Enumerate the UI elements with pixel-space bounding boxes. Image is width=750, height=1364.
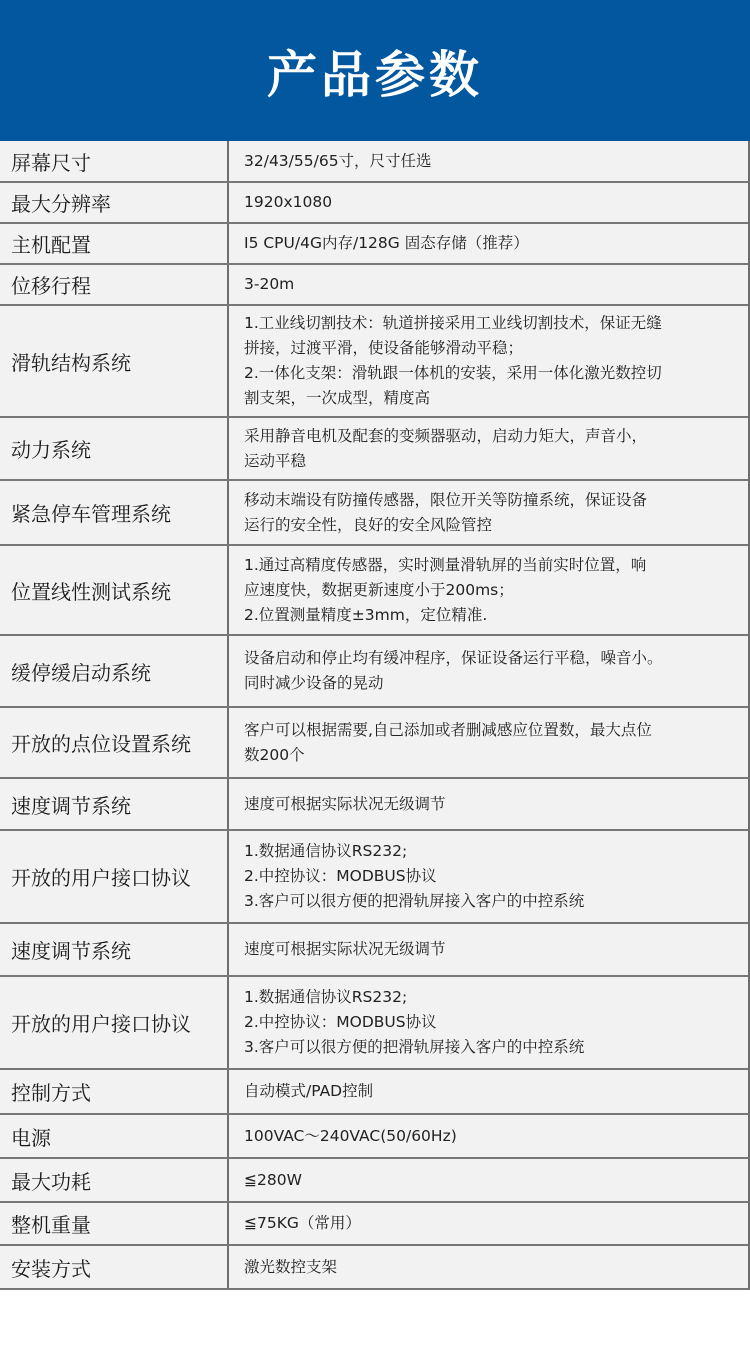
spec-row: 速度调节系统速度可根据实际状况无级调节 (0, 924, 748, 977)
spec-value-line: 激光数控支架 (244, 1255, 742, 1280)
spec-row: 紧急停车管理系统移动末端设有防撞传感器，限位开关等防撞系统，保证设备运行的安全性… (0, 481, 748, 546)
spec-row: 动力系统采用静音电机及配套的变频器驱动，启动力矩大，声音小，运动平稳 (0, 418, 748, 481)
spec-value-line: 1920x1080 (244, 190, 742, 215)
spec-row: 整机重量≦75KG（常用） (0, 1203, 748, 1246)
spec-value: 移动末端设有防撞传感器，限位开关等防撞系统，保证设备运行的安全性，良好的安全风险… (229, 481, 748, 544)
spec-value-line: 设备启动和停止均有缓冲程序，保证设备运行平稳，噪音小。 (244, 646, 742, 671)
spec-label: 最大功耗 (0, 1159, 229, 1201)
spec-label: 开放的用户接口协议 (0, 977, 229, 1068)
spec-value-line: 客户可以根据需要,自己添加或者删减感应位置数，最大点位 (244, 718, 742, 743)
spec-value: I5 CPU/4G内存/128G 固态存储（推荐） (229, 224, 748, 263)
spec-table: 屏幕尺寸32/43/55/65寸，尺寸任选最大分辨率1920x1080主机配置I… (0, 141, 750, 1290)
spec-value-line: ≦280W (244, 1168, 742, 1193)
spec-value-line: 割支架，一次成型，精度高 (244, 386, 742, 411)
spec-value-line: 100VAC～240VAC(50/60Hz) (244, 1124, 742, 1149)
spec-row: 开放的用户接口协议1.数据通信协议RS232;2.中控协议：MODBUS协议3.… (0, 831, 748, 924)
spec-label: 整机重量 (0, 1203, 229, 1244)
spec-value-line: I5 CPU/4G内存/128G 固态存储（推荐） (244, 231, 742, 256)
spec-value: 自动模式/PAD控制 (229, 1070, 748, 1113)
spec-value: 采用静音电机及配套的变频器驱动，启动力矩大，声音小，运动平稳 (229, 418, 748, 479)
spec-label: 紧急停车管理系统 (0, 481, 229, 544)
spec-row: 控制方式自动模式/PAD控制 (0, 1070, 748, 1115)
spec-value: 32/43/55/65寸，尺寸任选 (229, 141, 748, 181)
spec-label: 屏幕尺寸 (0, 141, 229, 181)
spec-label: 缓停缓启动系统 (0, 636, 229, 706)
spec-value-line: 1.通过高精度传感器，实时测量滑轨屏的当前实时位置，响 (244, 553, 742, 578)
spec-value-line: 数200个 (244, 743, 742, 768)
spec-value-line: 1.数据通信协议RS232; (244, 985, 742, 1010)
spec-label: 动力系统 (0, 418, 229, 479)
spec-row: 位置线性测试系统1.通过高精度传感器，实时测量滑轨屏的当前实时位置，响应速度快，… (0, 546, 748, 636)
spec-value-line: 3-20m (244, 272, 742, 297)
spec-value-line: 32/43/55/65寸，尺寸任选 (244, 149, 742, 174)
spec-value-line: 同时减少设备的晃动 (244, 671, 742, 696)
spec-value: ≦75KG（常用） (229, 1203, 748, 1244)
spec-value: 1920x1080 (229, 183, 748, 222)
spec-row: 开放的用户接口协议1.数据通信协议RS232;2.中控协议：MODBUS协议3.… (0, 977, 748, 1070)
spec-label: 开放的点位设置系统 (0, 708, 229, 777)
spec-value-line: 应速度快，数据更新速度小于200ms； (244, 578, 742, 603)
spec-value-line: 1.数据通信协议RS232; (244, 839, 742, 864)
spec-label: 位移行程 (0, 265, 229, 304)
spec-label: 控制方式 (0, 1070, 229, 1113)
spec-row: 滑轨结构系统1.工业线切割技术：轨道拼接采用工业线切割技术，保证无缝拼接，过渡平… (0, 306, 748, 418)
spec-value: 1.数据通信协议RS232;2.中控协议：MODBUS协议3.客户可以很方便的把… (229, 831, 748, 922)
spec-label: 最大分辨率 (0, 183, 229, 222)
spec-value: 设备启动和停止均有缓冲程序，保证设备运行平稳，噪音小。同时减少设备的晃动 (229, 636, 748, 706)
spec-value-line: 运动平稳 (244, 449, 742, 474)
spec-label: 安装方式 (0, 1246, 229, 1288)
spec-row: 位移行程3-20m (0, 265, 748, 306)
spec-value: 激光数控支架 (229, 1246, 748, 1288)
spec-value-line: 1.工业线切割技术：轨道拼接采用工业线切割技术，保证无缝 (244, 311, 742, 336)
spec-value-line: 速度可根据实际状况无级调节 (244, 792, 742, 817)
spec-value: 100VAC～240VAC(50/60Hz) (229, 1115, 748, 1157)
spec-row: 屏幕尺寸32/43/55/65寸，尺寸任选 (0, 141, 748, 183)
spec-value-line: 2.一体化支架：滑轨跟一体机的安装，采用一体化激光数控切 (244, 361, 742, 386)
spec-value: 1.工业线切割技术：轨道拼接采用工业线切割技术，保证无缝拼接，过渡平滑，使设备能… (229, 306, 748, 416)
spec-value: 1.数据通信协议RS232;2.中控协议：MODBUS协议3.客户可以很方便的把… (229, 977, 748, 1068)
spec-row: 电源100VAC～240VAC(50/60Hz) (0, 1115, 748, 1159)
spec-row: 主机配置I5 CPU/4G内存/128G 固态存储（推荐） (0, 224, 748, 265)
spec-value-line: ≦75KG（常用） (244, 1211, 742, 1236)
spec-value-line: 自动模式/PAD控制 (244, 1079, 742, 1104)
spec-value-line: 运行的安全性，良好的安全风险管控 (244, 513, 742, 538)
spec-row: 最大分辨率1920x1080 (0, 183, 748, 224)
spec-value-line: 3.客户可以很方便的把滑轨屏接入客户的中控系统 (244, 889, 742, 914)
spec-label: 开放的用户接口协议 (0, 831, 229, 922)
spec-label: 速度调节系统 (0, 924, 229, 975)
spec-row: 最大功耗≦280W (0, 1159, 748, 1203)
spec-label: 主机配置 (0, 224, 229, 263)
page-title: 产品参数 (267, 35, 483, 107)
spec-label: 滑轨结构系统 (0, 306, 229, 416)
spec-row: 开放的点位设置系统客户可以根据需要,自己添加或者删减感应位置数，最大点位数200… (0, 708, 748, 779)
spec-value: 3-20m (229, 265, 748, 304)
spec-value-line: 2.位置测量精度±3mm，定位精准. (244, 603, 742, 628)
spec-row: 缓停缓启动系统设备启动和停止均有缓冲程序，保证设备运行平稳，噪音小。同时减少设备… (0, 636, 748, 708)
spec-row: 安装方式激光数控支架 (0, 1246, 748, 1290)
spec-value-line: 移动末端设有防撞传感器，限位开关等防撞系统，保证设备 (244, 488, 742, 513)
spec-value-line: 速度可根据实际状况无级调节 (244, 937, 742, 962)
spec-value-line: 2.中控协议：MODBUS协议 (244, 1010, 742, 1035)
spec-value: 客户可以根据需要,自己添加或者删减感应位置数，最大点位数200个 (229, 708, 748, 777)
spec-value: 速度可根据实际状况无级调节 (229, 779, 748, 829)
spec-value-line: 拼接，过渡平滑，使设备能够滑动平稳； (244, 336, 742, 361)
spec-value: ≦280W (229, 1159, 748, 1201)
spec-value-line: 2.中控协议：MODBUS协议 (244, 864, 742, 889)
spec-label: 速度调节系统 (0, 779, 229, 829)
spec-value: 速度可根据实际状况无级调节 (229, 924, 748, 975)
spec-value-line: 3.客户可以很方便的把滑轨屏接入客户的中控系统 (244, 1035, 742, 1060)
spec-label: 位置线性测试系统 (0, 546, 229, 634)
spec-row: 速度调节系统速度可根据实际状况无级调节 (0, 779, 748, 831)
spec-value: 1.通过高精度传感器，实时测量滑轨屏的当前实时位置，响应速度快，数据更新速度小于… (229, 546, 748, 634)
spec-label: 电源 (0, 1115, 229, 1157)
spec-value-line: 采用静音电机及配套的变频器驱动，启动力矩大，声音小， (244, 424, 742, 449)
page-header: 产品参数 (0, 0, 750, 141)
